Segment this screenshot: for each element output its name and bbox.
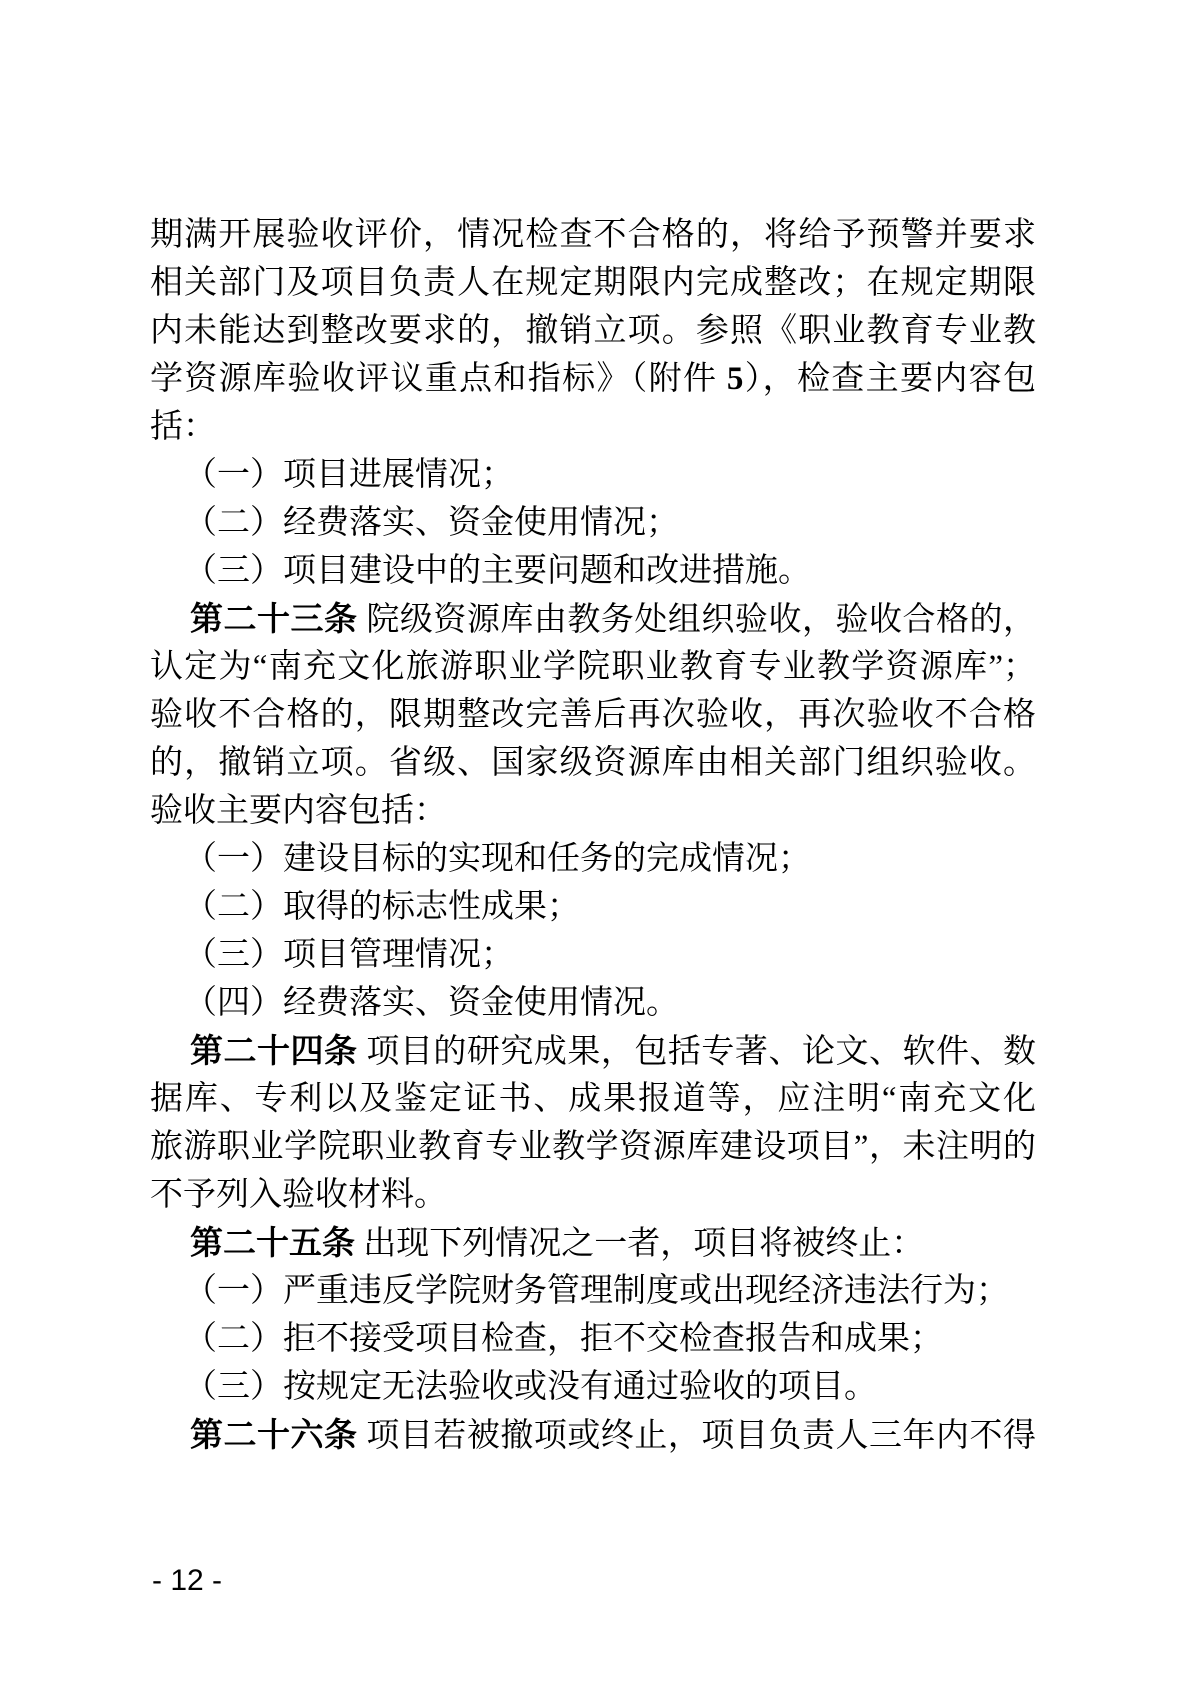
text-segment: 项目若被撤项或终止，项目负责人三年内不得 xyxy=(358,1418,1036,1454)
text-line: 验收不合格的，限期整改完善后再次验收，再次验收不合格 xyxy=(150,691,1036,739)
text-segment: 认定为“南充文化旅游职业学院职业教育专业教学资源库”； xyxy=(150,649,1036,685)
text-line: （一）严重违反学院财务管理制度或出现经济违法行为； xyxy=(150,1267,1036,1315)
text-segment: （二）取得的标志性成果； xyxy=(184,889,580,925)
text-line: （一）项目进展情况； xyxy=(150,451,1036,499)
text-line: 的，撤销立项。省级、国家级资源库由相关部门组织验收。 xyxy=(150,739,1036,787)
text-segment: （二）拒不接受项目检查，拒不交检查报告和成果； xyxy=(184,1321,943,1357)
text-line: 据库、专利以及鉴定证书、成果报道等，应注明“南充文化 xyxy=(150,1075,1036,1123)
text-line: 第二十三条 院级资源库由教务处组织验收，验收合格的， xyxy=(150,595,1036,643)
text-segment: （三）按规定无法验收或没有通过验收的项目。 xyxy=(184,1369,877,1405)
text-segment: 验收主要内容包括： xyxy=(150,793,447,829)
text-segment: （一）项目进展情况； xyxy=(184,457,514,493)
text-line: 第二十五条 出现下列情况之一者，项目将被终止： xyxy=(150,1219,1036,1267)
text-line: 旅游职业学院职业教育专业教学资源库建设项目”，未注明的 xyxy=(150,1123,1036,1171)
text-segment: 验收不合格的，限期整改完善后再次验收，再次验收不合格 xyxy=(150,697,1036,733)
text-line: （一）建设目标的实现和任务的完成情况； xyxy=(150,835,1036,883)
document-text-block: 期满开展验收评价，情况检查不合格的，将给予预警并要求相关部门及项目负责人在规定期… xyxy=(150,211,1036,1459)
text-line: 第二十六条 项目若被撤项或终止，项目负责人三年内不得 xyxy=(150,1411,1036,1459)
text-segment: 的，撤销立项。省级、国家级资源库由相关部门组织验收。 xyxy=(150,745,1036,781)
text-line: （三）项目建设中的主要问题和改进措施。 xyxy=(150,547,1036,595)
text-segment: 据库、专利以及鉴定证书、成果报道等，应注明“南充文化 xyxy=(150,1081,1036,1117)
text-line: 内未能达到整改要求的，撤销立项。参照《职业教育专业教 xyxy=(150,307,1036,355)
text-segment: 期满开展验收评价，情况检查不合格的，将给予预警并要求 xyxy=(150,217,1036,253)
text-segment: ），检查主要内容包 xyxy=(743,361,1036,397)
text-segment: （三）项目管理情况； xyxy=(184,937,514,973)
text-segment: （三）项目建设中的主要问题和改进措施。 xyxy=(184,553,811,589)
article-number: 第二十四条 xyxy=(190,1032,358,1069)
article-number: 第二十五条 xyxy=(190,1224,355,1261)
text-segment: 不予列入验收材料。 xyxy=(150,1177,447,1213)
text-segment: 相关部门及项目负责人在规定期限内完成整改；在规定期限 xyxy=(150,265,1036,301)
text-segment: 内未能达到整改要求的，撤销立项。参照《职业教育专业教 xyxy=(150,313,1036,349)
text-line: （二）拒不接受项目检查，拒不交检查报告和成果； xyxy=(150,1315,1036,1363)
text-segment: 括： xyxy=(150,409,216,445)
page-number: - 12 - xyxy=(152,1566,222,1596)
text-line: （三）项目管理情况； xyxy=(150,931,1036,979)
text-segment: （一）严重违反学院财务管理制度或出现经济违法行为； xyxy=(184,1273,1009,1309)
text-line: （三）按规定无法验收或没有通过验收的项目。 xyxy=(150,1363,1036,1411)
text-line: （二）取得的标志性成果； xyxy=(150,883,1036,931)
text-segment: 旅游职业学院职业教育专业教学资源库建设项目”，未注明的 xyxy=(150,1129,1036,1165)
text-segment: （一）建设目标的实现和任务的完成情况； xyxy=(184,841,811,877)
text-segment: 出现下列情况之一者，项目将被终止： xyxy=(355,1226,924,1262)
text-segment: 学资源库验收评议重点和指标》（附件 xyxy=(150,361,727,397)
text-segment: （二）经费落实、资金使用情况； xyxy=(184,505,679,541)
text-line: 验收主要内容包括： xyxy=(150,787,1036,835)
text-line: 第二十四条 项目的研究成果，包括专著、论文、软件、数 xyxy=(150,1027,1036,1075)
text-line: 学资源库验收评议重点和指标》（附件 5），检查主要内容包 xyxy=(150,355,1036,403)
text-segment: 项目的研究成果，包括专著、论文、软件、数 xyxy=(358,1034,1036,1070)
text-line: （四）经费落实、资金使用情况。 xyxy=(150,979,1036,1027)
document-page: 期满开展验收评价，情况检查不合格的，将给予预警并要求相关部门及项目负责人在规定期… xyxy=(0,0,1190,1683)
text-segment: （四）经费落实、资金使用情况。 xyxy=(184,985,679,1021)
text-line: 相关部门及项目负责人在规定期限内完成整改；在规定期限 xyxy=(150,259,1036,307)
text-segment: 院级资源库由教务处组织验收，验收合格的， xyxy=(358,602,1036,638)
text-line: 括： xyxy=(150,403,1036,451)
text-segment: 5 xyxy=(727,361,744,397)
text-line: 认定为“南充文化旅游职业学院职业教育专业教学资源库”； xyxy=(150,643,1036,691)
text-line: （二）经费落实、资金使用情况； xyxy=(150,499,1036,547)
text-line: 期满开展验收评价，情况检查不合格的，将给予预警并要求 xyxy=(150,211,1036,259)
article-number: 第二十六条 xyxy=(190,1416,358,1453)
text-line: 不予列入验收材料。 xyxy=(150,1171,1036,1219)
article-number: 第二十三条 xyxy=(190,600,358,637)
